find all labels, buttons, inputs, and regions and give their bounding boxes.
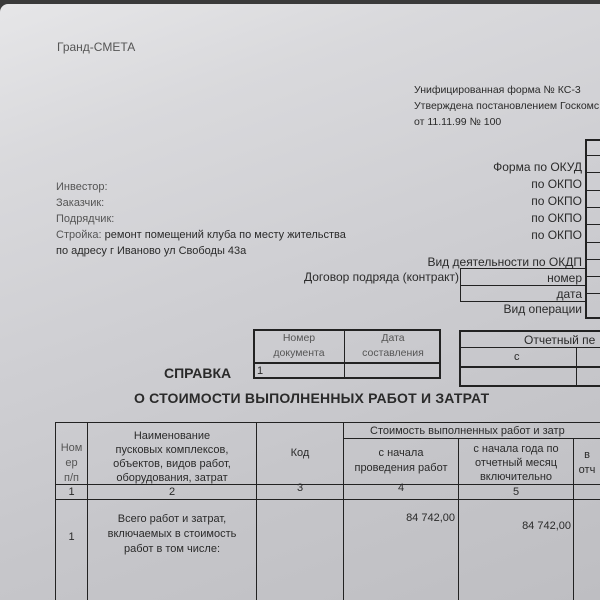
title-main: О СТОИМОСТИ ВЫПОЛНЕННЫХ РАБОТ И ЗАТРАТ: [134, 390, 489, 406]
date-header-2: составления: [346, 346, 440, 361]
row-name: Всего работ и затрат, включаемых в стоим…: [88, 512, 256, 557]
col-number-1: 1: [56, 486, 87, 498]
contract-date-label: дата: [557, 287, 582, 301]
date-header-1: Дата: [346, 331, 440, 346]
number-header-1: Номер: [255, 331, 343, 346]
col-header-code: Код: [257, 447, 343, 459]
period-from-label: с: [514, 351, 520, 363]
okdp-label: Вид деятельности по ОКДП: [427, 255, 582, 269]
site-label: Стройка:: [56, 229, 102, 241]
okpo-label-contractor: по ОКПО: [531, 211, 582, 225]
col-header-since-year: с начала года по отчетный месяц включите…: [459, 442, 573, 484]
okud-label: Форма по ОКУД: [493, 160, 582, 174]
col-header-cost-group: Стоимость выполненных работ и затр: [370, 425, 565, 437]
form-date: от 11.11.99 № 100: [414, 116, 501, 128]
site-address: по адресу г Иваново ул Свободы 43а: [56, 245, 246, 257]
contract-label: Договор подряда (контракт): [304, 270, 459, 284]
customer-label: Заказчик:: [56, 197, 104, 209]
col-number-3: 3: [257, 482, 343, 494]
col-number-5: 5: [459, 486, 573, 498]
row-since-start: 84 742,00: [344, 512, 455, 524]
operation-label: Вид операции: [503, 302, 582, 316]
okpo-label-customer: по ОКПО: [531, 194, 582, 208]
row-since-year: 84 742,00: [459, 520, 571, 532]
okpo-label-investor: по ОКПО: [531, 177, 582, 191]
col-header-num: Ном ер п/п: [56, 441, 87, 486]
number-header-2: документа: [255, 346, 343, 361]
okpo-label-site: по ОКПО: [531, 228, 582, 242]
row-num: 1: [56, 531, 87, 543]
col-header-since-start: с начала проведения работ: [344, 446, 458, 476]
site-value: ремонт помещений клуба по месту жительст…: [105, 229, 346, 241]
document-number-value: 1: [257, 365, 263, 377]
col-number-4: 4: [344, 482, 458, 494]
col-header-name: Наименование пусковых комплексов, объект…: [88, 429, 256, 485]
col-header-in-period: в отч: [574, 448, 600, 478]
document-page: Гранд-СМЕТА Унифицированная форма № КС-3…: [0, 4, 600, 600]
form-title: Унифицированная форма № КС-3: [414, 84, 581, 96]
codes-box: [585, 139, 600, 319]
app-name: Гранд-СМЕТА: [57, 40, 135, 54]
title-reference: СПРАВКА: [164, 365, 231, 381]
col-number-2: 2: [88, 486, 256, 498]
investor-label: Инвестор:: [56, 181, 108, 193]
contract-number-label: номер: [547, 271, 582, 285]
reporting-period-header: Отчетный пе: [524, 333, 595, 347]
contractor-label: Подрядчик:: [56, 213, 114, 225]
form-approved: Утверждена постановлением Госкомс: [414, 100, 599, 112]
